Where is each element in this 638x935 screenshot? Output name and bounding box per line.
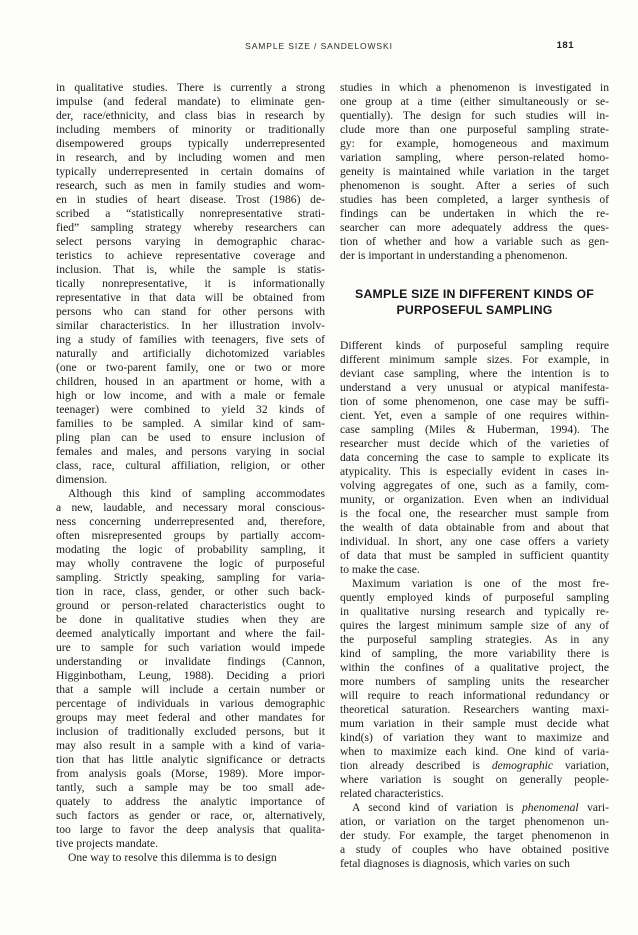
- text-line: quately to address the analytic importan…: [56, 795, 325, 809]
- section-heading: SAMPLE SIZE IN DIFFERENT KINDS OFPURPOSE…: [340, 287, 609, 318]
- text-line: der, race/ethnicity, and class bias in r…: [56, 109, 325, 123]
- text-line: A second kind of variation is phenomenal…: [340, 801, 609, 815]
- text-line: where variation is sought on generally p…: [340, 773, 609, 787]
- text-line: inclusion of traditionally excluded pers…: [56, 725, 325, 739]
- text-line: in qualitative nursing research and typi…: [340, 605, 609, 619]
- text-line: case sampling (Miles & Huberman, 1994). …: [340, 423, 609, 437]
- text-line: to make the case.: [340, 563, 609, 577]
- text-line: tion of some phenomenon, one case may be…: [340, 395, 609, 409]
- text-line: will require to reach informational redu…: [340, 689, 609, 703]
- text-line: studies in which a phenomenon is investi…: [340, 81, 609, 95]
- text-line: understanding or invalidate findings (Ca…: [56, 655, 325, 669]
- text-line: research, such as men in family studies …: [56, 179, 325, 193]
- column-right: studies in which a phenomenon is investi…: [340, 81, 609, 871]
- paragraph: in qualitative studies. There is current…: [56, 81, 325, 487]
- text-line: representative in that data will be obta…: [56, 291, 325, 305]
- text-line: persons who can stand for other persons …: [56, 305, 325, 319]
- text-line: deemed analytically important and where …: [56, 627, 325, 641]
- text-line: children, housed in an apartment or home…: [56, 375, 325, 389]
- text-line: one group at a time (either simultaneous…: [340, 95, 609, 109]
- text-line: clude more than one purposeful sampling …: [340, 123, 609, 137]
- text-line: searcher can more adequately address the…: [340, 221, 609, 235]
- text-columns: in qualitative studies. There is current…: [56, 81, 609, 871]
- text-line: ure to sample for such variation would i…: [56, 641, 325, 655]
- text-line: a new, laudable, and necessary moral con…: [56, 501, 325, 515]
- text-line: researcher must decide which of the vari…: [340, 437, 609, 451]
- text-line: may wholly contravene the logic of purpo…: [56, 557, 325, 571]
- text-run: variation,: [553, 759, 609, 772]
- italic-term: demographic: [492, 759, 553, 772]
- text-line: sampling. Strictly speaking, sampling fo…: [56, 571, 325, 585]
- running-title: SAMPLE SIZE / SANDELOWSKI: [0, 41, 638, 51]
- text-line: in research, and by including women and …: [56, 151, 325, 165]
- text-line: teenager) were combined to yield 32 kind…: [56, 403, 325, 417]
- text-line: der study. For example, the target pheno…: [340, 829, 609, 843]
- text-line: inclusion. That is, while the sample is …: [56, 263, 325, 277]
- text-line: tantly, such a sample may be too small a…: [56, 781, 325, 795]
- text-line: within the confines of a qualitative pro…: [340, 661, 609, 675]
- text-line: often misrepresented groups by partially…: [56, 529, 325, 543]
- text-run: vari-: [579, 801, 609, 814]
- text-line: deviant case sampling, where the intenti…: [340, 367, 609, 381]
- text-line: different minimum sample sizes. For exam…: [340, 353, 609, 367]
- text-line: ing a study of families with teenagers, …: [56, 333, 325, 347]
- text-line: including members of minority or traditi…: [56, 123, 325, 137]
- text-line: more numbers of sampling units the resea…: [340, 675, 609, 689]
- text-line: studies has been completed, a larger syn…: [340, 193, 609, 207]
- text-line: data concerning the case to sample to ex…: [340, 451, 609, 465]
- text-line: individual. In short, any one case offer…: [340, 535, 609, 549]
- text-line: gy: for example, homogeneous and maximum: [340, 137, 609, 151]
- paragraph: A second kind of variation is phenomenal…: [340, 801, 609, 871]
- paragraph: One way to resolve this dilemma is to de…: [56, 851, 325, 865]
- page-number: 181: [557, 40, 574, 51]
- text-line: the purposeful sampling strategies. As i…: [340, 633, 609, 647]
- paragraph: Different kinds of purposeful sampling r…: [340, 339, 609, 577]
- text-line: scribed a “statistically nonrepresentati…: [56, 207, 325, 221]
- text-line: tion already described is demographic va…: [340, 759, 609, 773]
- text-line: females and males, and persons varying i…: [56, 445, 325, 459]
- text-line: groups may meet federal and other mandat…: [56, 711, 325, 725]
- text-line: dimension.: [56, 473, 325, 487]
- text-line: tive projects mandate.: [56, 837, 325, 851]
- text-line: phenomenon is sought. After a series of …: [340, 179, 609, 193]
- text-line: a study of couples who have obtained pos…: [340, 843, 609, 857]
- text-line: en in studies of heart disease. Trost (1…: [56, 193, 325, 207]
- text-line: kind of sampling, the more variability t…: [340, 647, 609, 661]
- text-line: cient. Yet, even a sample of one require…: [340, 409, 609, 423]
- text-line: typically underrepresented in certain do…: [56, 165, 325, 179]
- text-line: munity, or organization. Even when an in…: [340, 493, 609, 507]
- text-line: tion in race, class, gender, or other su…: [56, 585, 325, 599]
- text-line: variation sampling, where person-related…: [340, 151, 609, 165]
- text-line: is the focal one, the researcher must sa…: [340, 507, 609, 521]
- text-line: may also result in a sample with a kind …: [56, 739, 325, 753]
- text-line: pling plan can be used to ensure inclusi…: [56, 431, 325, 445]
- paragraph: Although this kind of sampling accommoda…: [56, 487, 325, 851]
- text-line: quires the largest minimum sample size o…: [340, 619, 609, 633]
- text-line: volving aggregates of one, such as a fam…: [340, 479, 609, 493]
- text-line: teristics to achieve representative cove…: [56, 249, 325, 263]
- text-run: A second kind of variation is: [352, 801, 522, 814]
- text-line: der is important in understanding a phen…: [340, 249, 609, 263]
- text-line: atypicality. This is especially evident …: [340, 465, 609, 479]
- text-line: fetal diagnoses is diagnosis, which vari…: [340, 857, 609, 871]
- journal-page: SAMPLE SIZE / SANDELOWSKI 181 in qualita…: [0, 0, 638, 935]
- text-line: related characteristics.: [340, 787, 609, 801]
- section-heading-line: SAMPLE SIZE IN DIFFERENT KINDS OF: [340, 287, 609, 303]
- text-line: Different kinds of purposeful sampling r…: [340, 339, 609, 353]
- text-line: mum variation in their sample must decid…: [340, 717, 609, 731]
- text-line: geneity is maintained while variation in…: [340, 165, 609, 179]
- column-left: in qualitative studies. There is current…: [56, 81, 325, 871]
- text-line: tion of whether and how a variable such …: [340, 235, 609, 249]
- text-line: when to maximize each kind. One kind of …: [340, 745, 609, 759]
- text-run: tion already described is: [340, 759, 492, 772]
- text-line: ground or person-related characteristics…: [56, 599, 325, 613]
- text-line: impulse (and federal mandate) to elimina…: [56, 95, 325, 109]
- text-line: percentage of individuals in various dem…: [56, 697, 325, 711]
- text-line: from analysis goals (Morse, 1989). More …: [56, 767, 325, 781]
- text-line: families to be sampled. A similar kind o…: [56, 417, 325, 431]
- text-line: tically nonrepresentative, it is informa…: [56, 277, 325, 291]
- text-line: high or low income, and with a male or f…: [56, 389, 325, 403]
- text-line: Maximum variation is one of the most fre…: [340, 577, 609, 591]
- text-line: Higginbotham, Leung, 1988). Deciding a p…: [56, 669, 325, 683]
- text-line: ness concerning underrepresented and, th…: [56, 515, 325, 529]
- text-line: theoretical saturation. Researchers want…: [340, 703, 609, 717]
- text-line: fied” sampling strategy whereby research…: [56, 221, 325, 235]
- text-line: findings can be undertaken in which the …: [340, 207, 609, 221]
- text-line: kind(s) of variation they want to maximi…: [340, 731, 609, 745]
- text-line: tion that has little analytic significan…: [56, 753, 325, 767]
- text-line: too large to favor the deep analysis tha…: [56, 823, 325, 837]
- text-line: quently employed kinds of purposeful sam…: [340, 591, 609, 605]
- text-line: in qualitative studies. There is current…: [56, 81, 325, 95]
- text-line: disempowered groups typically underrepre…: [56, 137, 325, 151]
- text-line: Although this kind of sampling accommoda…: [56, 487, 325, 501]
- text-line: such factors as gender or race, or, alte…: [56, 809, 325, 823]
- text-line: be done in qualitative studies when they…: [56, 613, 325, 627]
- text-line: One way to resolve this dilemma is to de…: [56, 851, 325, 865]
- text-line: the wealth of data obtainable from and a…: [340, 521, 609, 535]
- text-line: understand a very unusual or atypical ma…: [340, 381, 609, 395]
- text-line: naturally and artificially dichotomized …: [56, 347, 325, 361]
- section-heading-line: PURPOSEFUL SAMPLING: [340, 303, 609, 319]
- text-line: of data that must be sampled in sufficie…: [340, 549, 609, 563]
- text-line: similar characteristics. In her illustra…: [56, 319, 325, 333]
- text-line: (one or two-parent family, one or two or…: [56, 361, 325, 375]
- text-line: ation, or variation on the target phenom…: [340, 815, 609, 829]
- text-line: quentially). The design for such studies…: [340, 109, 609, 123]
- paragraph: studies in which a phenomenon is investi…: [340, 81, 609, 263]
- text-line: select persons varying in demographic ch…: [56, 235, 325, 249]
- paragraph: Maximum variation is one of the most fre…: [340, 577, 609, 801]
- text-line: that a sample will include a certain num…: [56, 683, 325, 697]
- page-header: SAMPLE SIZE / SANDELOWSKI 181: [0, 41, 638, 55]
- italic-term: phenomenal: [522, 801, 579, 814]
- text-line: modating the logic of probability sampli…: [56, 543, 325, 557]
- text-line: class, race, cultural affiliation, relig…: [56, 459, 325, 473]
